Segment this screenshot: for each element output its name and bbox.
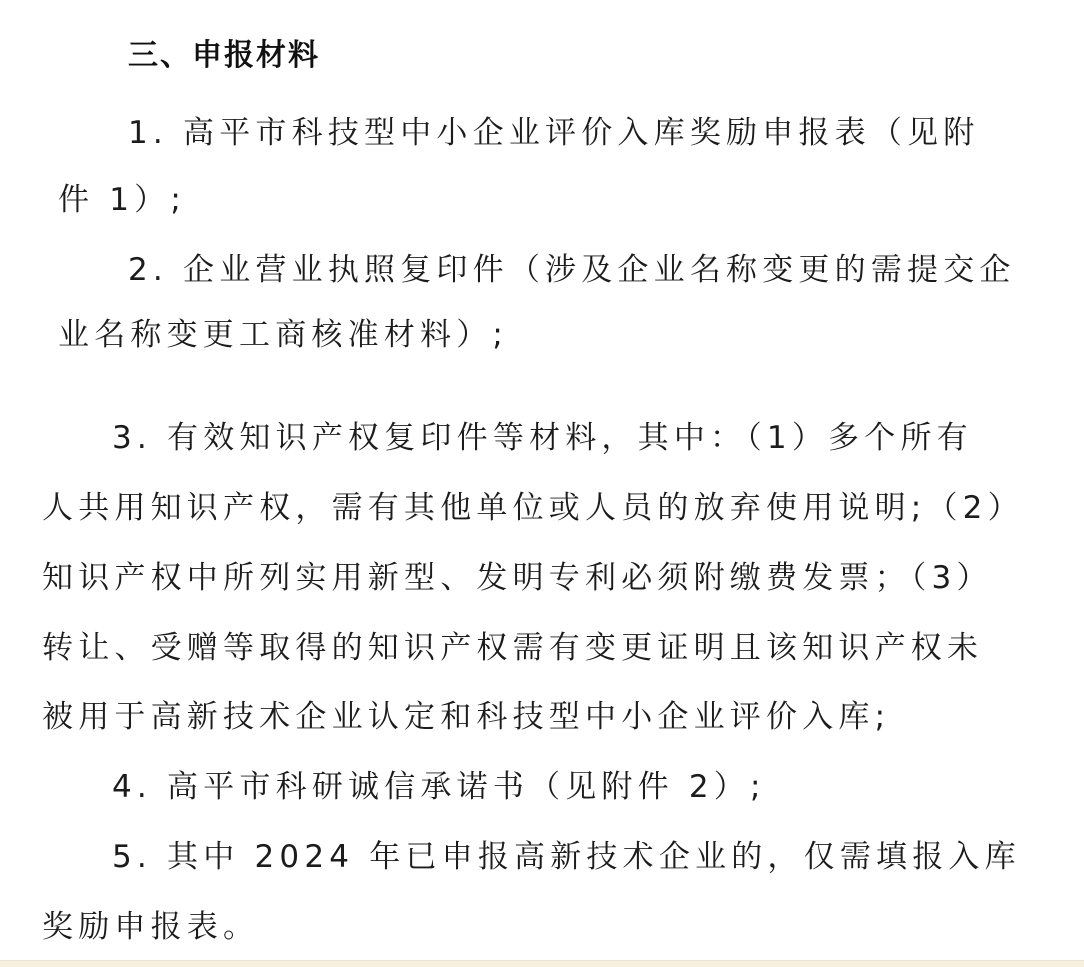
- item-1-line-2: 件 1）;: [58, 180, 186, 220]
- item-3-line-4: 转让、受赠等取得的知识产权需有变更证明且该知识产权未: [42, 628, 983, 668]
- item-5-line-2: 奖励申报表。: [42, 907, 259, 947]
- item-3-line-1: 3. 有效知识产权复印件等材料，其中：（1）多个所有: [112, 418, 973, 458]
- section-heading: 三、申报材料: [128, 30, 320, 74]
- item-3-line-3: 知识产权中所列实用新型、发明专利必须附缴费发票；（3）: [42, 558, 993, 598]
- item-2-line-2: 业名称变更工商核准材料）;: [58, 315, 508, 355]
- bottom-edge-strip: [0, 960, 1084, 967]
- item-3-line-5: 被用于高新技术企业认定和科技型中小企业评价入库;: [42, 697, 890, 737]
- item-1-line-1: 1. 高平市科技型中小企业评价入库奖励申报表（见附: [128, 113, 979, 153]
- document-page: 三、申报材料 1. 高平市科技型中小企业评价入库奖励申报表（见附 件 1）; 2…: [0, 0, 1084, 961]
- item-5-line-1: 5. 其中 2024 年已申报高新技术企业的，仅需填报入库: [112, 837, 1021, 877]
- item-4-line-1: 4. 高平市科研诚信承诺书（见附件 2）;: [112, 767, 766, 807]
- item-3-line-2: 人共用知识产权，需有其他单位或人员的放弃使用说明;（2）: [42, 488, 1024, 528]
- item-2-line-1: 2. 企业营业执照复印件（涉及企业名称变更的需提交企: [128, 250, 1016, 290]
